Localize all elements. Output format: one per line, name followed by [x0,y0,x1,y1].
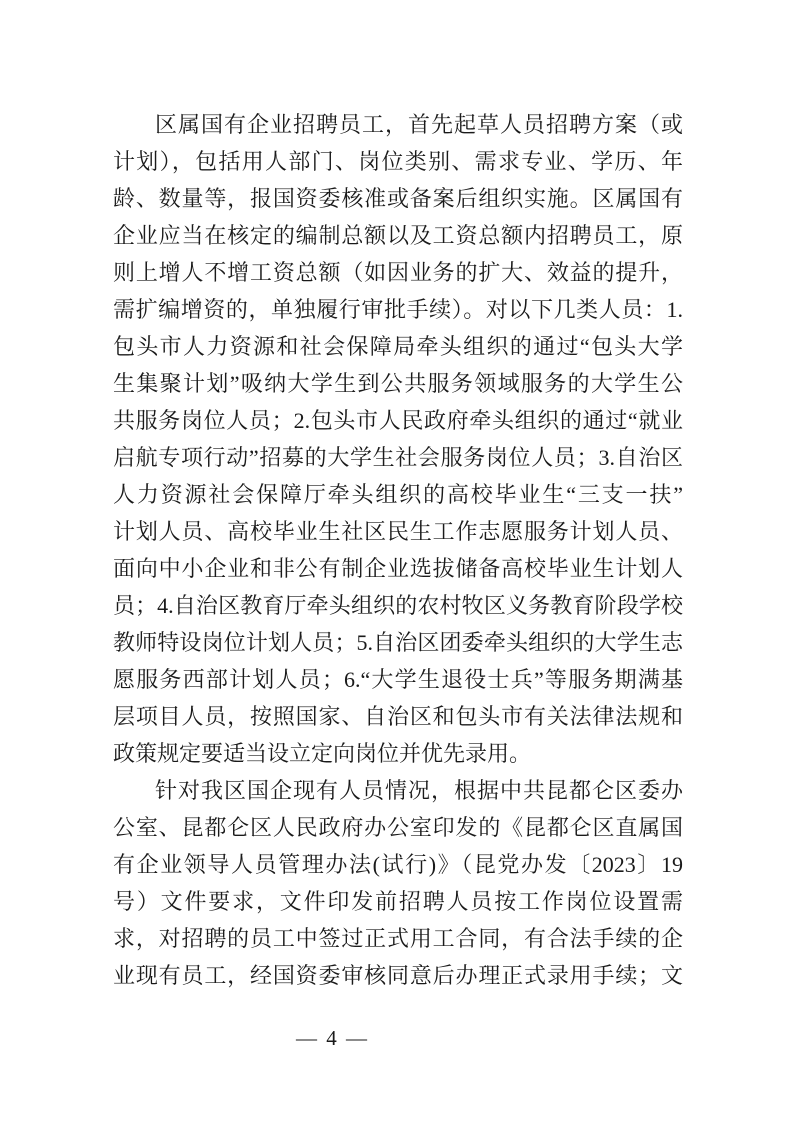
text-line: 计划人员、高校毕业生社区民生工作志愿服务计划人员、 [113,513,683,550]
document-body: 区属国有企业招聘员工，首先起草人员招聘方案（或计划），包括用人部门、岗位类别、需… [113,106,683,994]
text-line: 包头市人力资源和社会保障局牵头组织的通过“包头大学 [113,328,683,365]
text-line: 龄、数量等，报国资委核准或备案后组织实施。区属国有 [113,180,683,217]
text-line: 员；4.自治区教育厅牵头组织的农村牧区义务教育阶段学校 [113,587,683,624]
text-line: 业现有员工，经国资委审核同意后办理正式录用手续；文 [113,957,683,994]
text-line: 公室、昆都仑区人民政府办公室印发的《昆都仑区直属国 [113,809,683,846]
text-line: 层项目人员，按照国家、自治区和包头市有关法律法规和 [113,698,683,735]
text-line: 愿服务西部计划人员；6.“大学生退役士兵”等服务期满基 [113,661,683,698]
text-line: 号）文件要求，文件印发前招聘人员按工作岗位设置需 [113,883,683,920]
text-line: 生集聚计划”吸纳大学生到公共服务领域服务的大学生公 [113,365,683,402]
text-line: 企业应当在核定的编制总额以及工资总额内招聘员工，原 [113,217,683,254]
text-line: 有企业领导人员管理办法(试行)》（昆党办发〔2023〕19 [113,846,683,883]
paragraph: 区属国有企业招聘员工，首先起草人员招聘方案（或计划），包括用人部门、岗位类别、需… [113,106,683,772]
text-line: 政策规定要适当设立定向岗位并优先录用。 [113,735,683,772]
paragraph: 针对我区国企现有人员情况，根据中共昆都仑区委办公室、昆都仑区人民政府办公室印发的… [113,772,683,994]
text-line: 则上增人不增工资总额（如因业务的扩大、效益的提升， [113,254,683,291]
text-line: 计划），包括用人部门、岗位类别、需求专业、学历、年 [113,143,683,180]
document-page: 区属国有企业招聘员工，首先起草人员招聘方案（或计划），包括用人部门、岗位类别、需… [0,0,793,1122]
text-line: 教师特设岗位计划人员；5.自治区团委牵头组织的大学生志 [113,624,683,661]
text-line: 启航专项行动”招募的大学生社会服务岗位人员；3.自治区 [113,439,683,476]
page-number: — 4 — [296,1024,369,1052]
text-line: 共服务岗位人员；2.包头市人民政府牵头组织的通过“就业 [113,402,683,439]
text-line: 区属国有企业招聘员工，首先起草人员招聘方案（或 [113,106,683,143]
text-line: 需扩编增资的，单独履行审批手续）。对以下几类人员：1. [113,291,683,328]
text-line: 人力资源社会保障厅牵头组织的高校毕业生“三支一扶” [113,476,683,513]
text-line: 求，对招聘的员工中签过正式用工合同，有合法手续的企 [113,920,683,957]
text-line: 面向中小企业和非公有制企业选拔储备高校毕业生计划人 [113,550,683,587]
text-line: 针对我区国企现有人员情况，根据中共昆都仑区委办 [113,772,683,809]
